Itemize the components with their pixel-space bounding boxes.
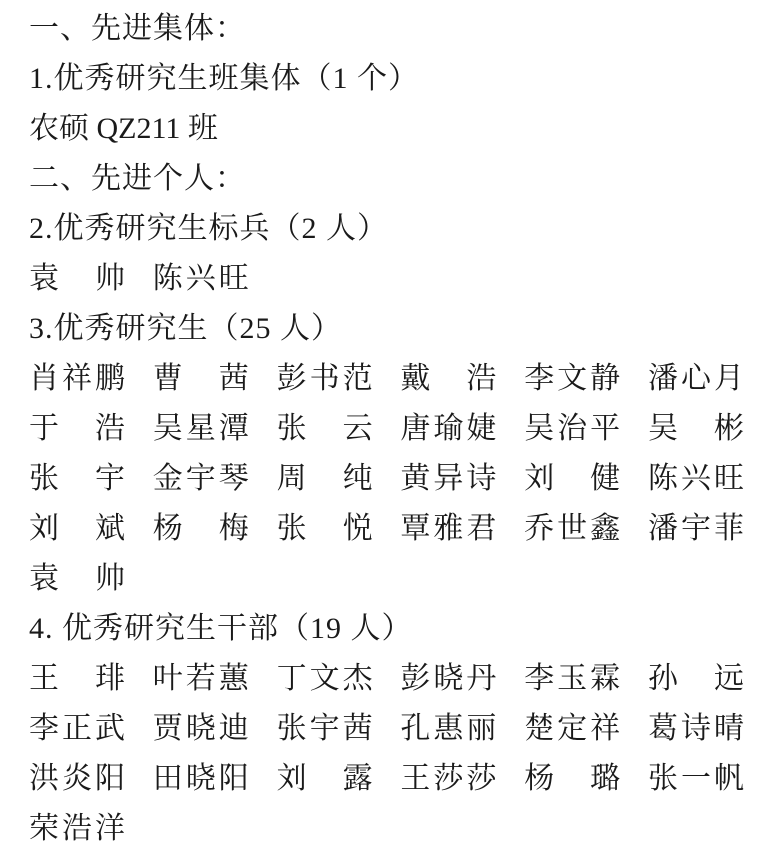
name-row: 于浩吴星潭张云唐瑜婕吴治平吴彬 bbox=[29, 404, 744, 454]
person-name: 唐瑜婕 bbox=[400, 404, 496, 454]
name-row: 王琲叶若蕙丁文杰彭晓丹李玉霖孙远 bbox=[29, 654, 744, 704]
section-heading: 一、先进集体： bbox=[29, 4, 744, 54]
person-name: 刘健 bbox=[524, 454, 620, 504]
person-name: 覃雅君 bbox=[400, 504, 496, 554]
name-row: 李正武贾晓迪张宇茜孔惠丽楚定祥葛诗晴 bbox=[29, 704, 744, 754]
person-name: 李正武 bbox=[29, 704, 125, 754]
item-heading: 4. 优秀研究生干部（19 人） bbox=[29, 604, 744, 654]
document-body: 一、先进集体：1.优秀研究生班集体（1 个）农硕 QZ211 班二、先进个人：2… bbox=[0, 0, 783, 848]
document-page: 一、先进集体：1.优秀研究生班集体（1 个）农硕 QZ211 班二、先进个人：2… bbox=[0, 0, 783, 848]
person-name: 荣浩洋 bbox=[29, 804, 125, 848]
person-name: 张一帆 bbox=[648, 754, 744, 804]
person-name: 潘宇菲 bbox=[648, 504, 744, 554]
person-name: 楚定祥 bbox=[524, 704, 620, 754]
section-heading: 二、先进个人： bbox=[29, 154, 744, 204]
person-name: 吴星潭 bbox=[153, 404, 249, 454]
person-name: 肖祥鹏 bbox=[29, 354, 125, 404]
person-name: 张云 bbox=[277, 404, 373, 454]
person-name: 杨璐 bbox=[524, 754, 620, 804]
person-name: 戴浩 bbox=[400, 354, 496, 404]
person-name: 陈兴旺 bbox=[648, 454, 744, 504]
name-row: 刘斌杨梅张悦覃雅君乔世鑫潘宇菲 bbox=[29, 504, 744, 554]
person-name: 李玉霖 bbox=[524, 654, 620, 704]
person-name: 贾晓迪 bbox=[153, 704, 249, 754]
person-name: 袁帅 bbox=[29, 554, 125, 604]
person-name: 王琲 bbox=[29, 654, 125, 704]
person-name: 张悦 bbox=[277, 504, 373, 554]
name-row: 肖祥鹏曹茜彭书范戴浩李文静潘心月 bbox=[29, 354, 744, 404]
person-name: 田晓阳 bbox=[153, 754, 249, 804]
person-name: 刘露 bbox=[277, 754, 373, 804]
text-line: 农硕 QZ211 班 bbox=[29, 104, 744, 154]
name-row: 张宇金宇琴周纯黄异诗刘健陈兴旺 bbox=[29, 454, 744, 504]
name-row: 荣浩洋 bbox=[29, 804, 744, 848]
person-name: 吴彬 bbox=[648, 404, 744, 454]
person-name: 张宇 bbox=[29, 454, 125, 504]
person-name: 黄异诗 bbox=[400, 454, 496, 504]
person-name: 潘心月 bbox=[648, 354, 744, 404]
person-name: 洪炎阳 bbox=[29, 754, 125, 804]
person-name: 陈兴旺 bbox=[153, 254, 249, 304]
person-name: 袁帅 bbox=[29, 254, 125, 304]
item-heading: 2.优秀研究生标兵（2 人） bbox=[29, 204, 744, 254]
person-name: 孙远 bbox=[648, 654, 744, 704]
name-row: 袁帅陈兴旺 bbox=[29, 254, 744, 304]
person-name: 彭书范 bbox=[277, 354, 373, 404]
name-row: 袁帅 bbox=[29, 554, 744, 604]
person-name: 孔惠丽 bbox=[400, 704, 496, 754]
item-heading: 3.优秀研究生（25 人） bbox=[29, 304, 744, 354]
person-name: 彭晓丹 bbox=[400, 654, 496, 704]
person-name: 刘斌 bbox=[29, 504, 125, 554]
person-name: 李文静 bbox=[524, 354, 620, 404]
person-name: 丁文杰 bbox=[277, 654, 373, 704]
person-name: 葛诗晴 bbox=[648, 704, 744, 754]
person-name: 叶若蕙 bbox=[153, 654, 249, 704]
person-name: 金宇琴 bbox=[153, 454, 249, 504]
item-heading: 1.优秀研究生班集体（1 个） bbox=[29, 54, 744, 104]
person-name: 杨梅 bbox=[153, 504, 249, 554]
name-row: 洪炎阳田晓阳刘露王莎莎杨璐张一帆 bbox=[29, 754, 744, 804]
person-name: 周纯 bbox=[277, 454, 373, 504]
person-name: 吴治平 bbox=[524, 404, 620, 454]
person-name: 于浩 bbox=[29, 404, 125, 454]
person-name: 曹茜 bbox=[153, 354, 249, 404]
person-name: 王莎莎 bbox=[400, 754, 496, 804]
person-name: 张宇茜 bbox=[277, 704, 373, 754]
person-name: 乔世鑫 bbox=[524, 504, 620, 554]
